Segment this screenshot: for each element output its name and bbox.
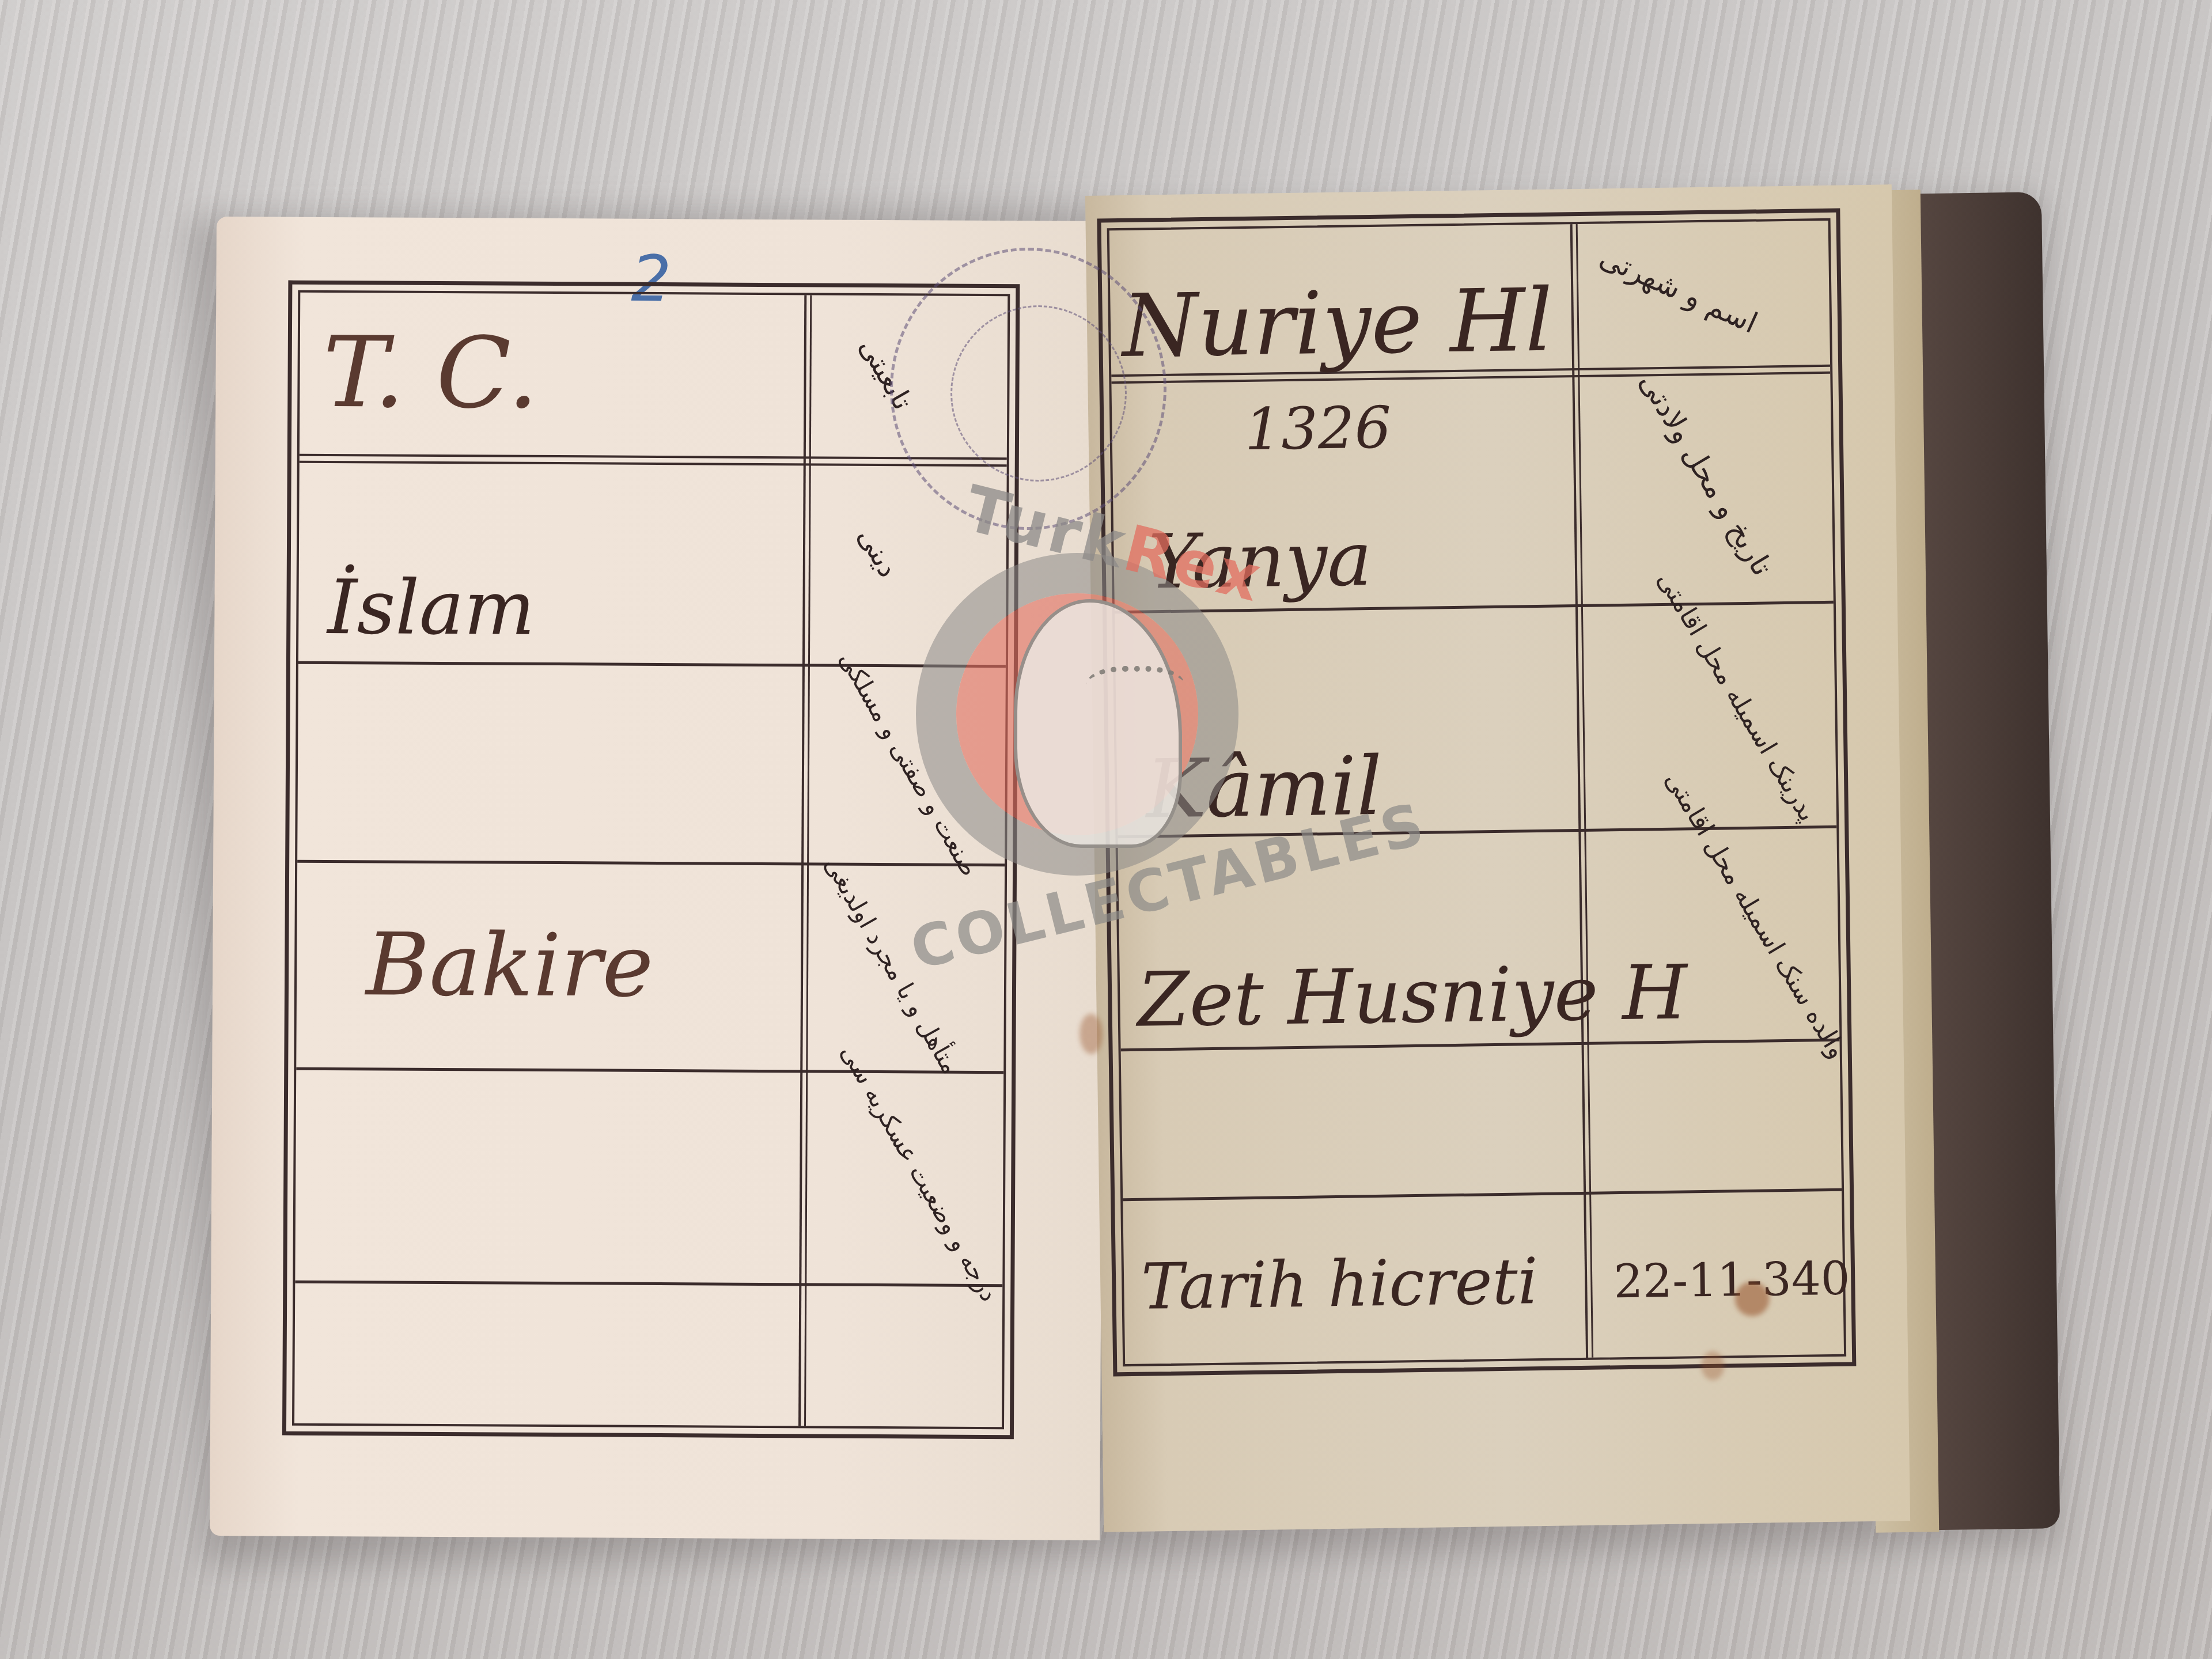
ink-stain: [1080, 1014, 1103, 1055]
birth-year-entry: 1326: [1244, 394, 1392, 464]
row-divider: [297, 860, 1005, 866]
father-name-entry: Kâmil: [1145, 740, 1383, 837]
military-status-label: درجه و وضعیت عسکریه سی: [836, 1040, 1003, 1306]
row-divider: [296, 1067, 1003, 1074]
ink-stain: [1734, 1281, 1770, 1316]
right-page: Nuriye Hl اسم و شهرتی 1326 تاریخ و محل و…: [1085, 184, 1910, 1532]
issue-date-label: Tarih hicreti: [1141, 1244, 1538, 1324]
row-divider: [300, 454, 1007, 460]
column-divider: [1570, 224, 1588, 1358]
mother-name-entry: Zet Husniye H: [1137, 948, 1688, 1043]
row-divider: [1123, 1188, 1842, 1201]
marital-status-entry: Bakire: [366, 915, 654, 1017]
official-seal-inner-ring: [950, 305, 1127, 482]
mother-label: والده سنک اسمیله محل اقامتی: [1660, 767, 1851, 1063]
religion-label: دینی: [852, 523, 904, 583]
name-entry: Nuriye Hl: [1122, 271, 1554, 377]
religion-entry: İslam: [327, 563, 535, 652]
birth-place-entry: Yanya: [1148, 515, 1373, 605]
marital-status-label: متأهل و یا مجرد اولدیغی: [819, 853, 964, 1078]
nationality-entry: T. C.: [323, 316, 539, 431]
occupation-label: صنعت و صفتی و مسلکی: [834, 647, 983, 881]
issue-date-value: 22-11-340: [1613, 1252, 1851, 1309]
row-divider: [295, 1281, 1002, 1287]
ink-stain: [1701, 1351, 1725, 1381]
name-label: اسم و شهرتی: [1595, 241, 1762, 339]
row-divider: [298, 661, 1006, 668]
right-table: Nuriye Hl اسم و شهرتی 1326 تاریخ و محل و…: [1097, 209, 1856, 1377]
birth-date-place-label: تاریخ و محل ولادتی: [1633, 368, 1778, 581]
